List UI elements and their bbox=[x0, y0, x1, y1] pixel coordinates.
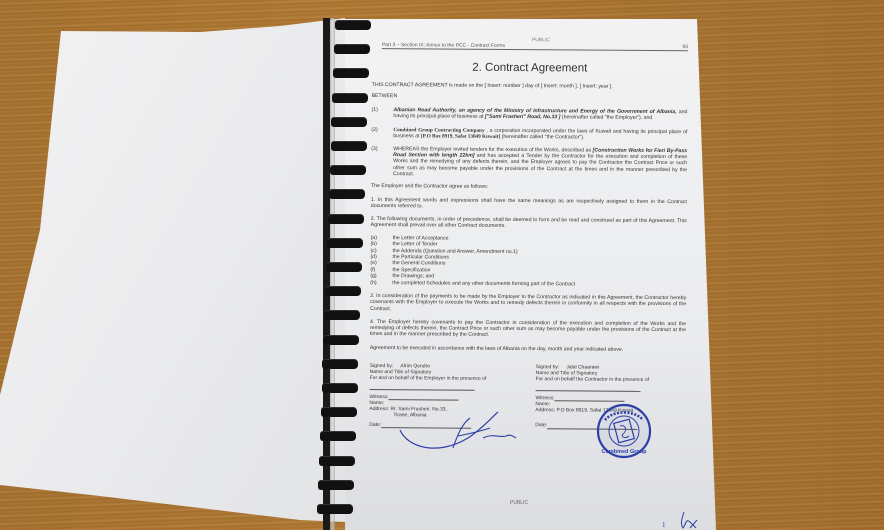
binding-coil bbox=[326, 262, 362, 272]
binding-coil bbox=[323, 335, 359, 345]
signed-by-label: Signed by: bbox=[370, 363, 394, 369]
binding-coil bbox=[329, 189, 365, 199]
party-number: (2) bbox=[371, 127, 393, 140]
handwritten-initials: 1 bbox=[660, 510, 700, 530]
company-stamp: Combined Group bbox=[595, 402, 653, 460]
page-number: 93 bbox=[682, 44, 688, 50]
closing-text: Agreement to be executed in accordance w… bbox=[370, 345, 686, 354]
date-label: Date: bbox=[369, 421, 381, 427]
page-mark: 1 bbox=[662, 521, 666, 529]
party-address: ["Sami Frasheri" Road, No.33 ] bbox=[485, 114, 561, 121]
binding-coil bbox=[333, 68, 369, 78]
binding-coil bbox=[317, 504, 353, 514]
address-label: Address: bbox=[369, 406, 389, 412]
signature-line bbox=[536, 390, 641, 392]
intro-text: THIS CONTRACT AGREEMENT is made on the [… bbox=[372, 82, 688, 91]
clause-2: 2. The following documents, in order of … bbox=[371, 216, 687, 231]
binding-coil bbox=[319, 456, 355, 466]
binding-coil bbox=[318, 480, 354, 490]
recital-number: (3) bbox=[371, 146, 393, 178]
party-2: (2) Combined Group Contracting Company ,… bbox=[371, 127, 687, 142]
agree-intro: The Employer and the Contractor agree as… bbox=[371, 183, 687, 192]
witness-label: Witness: bbox=[535, 395, 554, 401]
list-item-text: the completed Schedules and any other do… bbox=[392, 280, 575, 288]
binding-coil bbox=[325, 286, 361, 296]
signature-line bbox=[370, 389, 475, 391]
party-number: (1) bbox=[371, 107, 393, 120]
stamp-text: Combined Group bbox=[602, 449, 648, 455]
party-1: (1) Albanian Road Authority, an agency o… bbox=[371, 107, 687, 122]
document-list-item: (h)the completed Schedules and any other… bbox=[370, 280, 686, 289]
date-label: Date: bbox=[535, 422, 547, 428]
binding-coil bbox=[328, 214, 364, 224]
classification-top: PUBLIC bbox=[532, 37, 550, 43]
recital-3: (3) WHEREAS the Employer invited tenders… bbox=[371, 146, 687, 180]
binding-coil bbox=[331, 117, 367, 127]
witness-label: Witness: bbox=[369, 394, 388, 400]
binding-coil bbox=[330, 165, 366, 175]
party-suffix: (hereinafter called "the Employer"), and bbox=[560, 114, 652, 121]
spiral-binding bbox=[305, 18, 365, 530]
document-title: 2. Contract Agreement bbox=[372, 61, 688, 76]
clause-1: 1. In this Agreement words and expressio… bbox=[371, 197, 687, 212]
section-label: Part 3 – Section IX: Annex to the PCC - … bbox=[382, 42, 505, 49]
clause-4: 4. The Employer hereby covenants to pay … bbox=[370, 319, 686, 340]
party-suffix: (hereinafter called "the Contractor"). bbox=[500, 134, 584, 141]
behalf-text: For and on behalf the Contractor in the … bbox=[536, 377, 686, 384]
binding-spine bbox=[323, 18, 330, 530]
binding-coil bbox=[324, 310, 360, 320]
binding-coil bbox=[322, 359, 358, 369]
binding-coil bbox=[335, 20, 371, 30]
behalf-text: For and on behalf of the Employer in the… bbox=[370, 375, 520, 382]
binding-coil bbox=[321, 407, 357, 417]
binding-coil bbox=[327, 238, 363, 248]
between-label: BETWEEN bbox=[372, 93, 688, 102]
page-header: PUBLIC Part 3 – Section IX: Annex to the… bbox=[382, 36, 688, 51]
party-address: [P.O Box 8919, Safat 13049 Kuwait] bbox=[421, 134, 500, 141]
classification-bottom: PUBLIC bbox=[510, 500, 528, 506]
address-label: Address: bbox=[535, 407, 555, 413]
binding-coil bbox=[331, 141, 367, 151]
binding-coil bbox=[322, 383, 358, 393]
binding-coil bbox=[332, 93, 368, 103]
employer-handwritten-signature bbox=[398, 408, 518, 458]
page-content: PUBLIC Part 3 – Section IX: Annex to the… bbox=[369, 36, 688, 430]
documents-list: (a)the Letter of Acceptance(b)the Letter… bbox=[370, 235, 686, 288]
binding-coil bbox=[320, 431, 356, 441]
binding-coil bbox=[334, 44, 370, 54]
list-item-key: (h) bbox=[370, 280, 392, 287]
clause-3: 3. In consideration of the payments to b… bbox=[370, 293, 686, 314]
